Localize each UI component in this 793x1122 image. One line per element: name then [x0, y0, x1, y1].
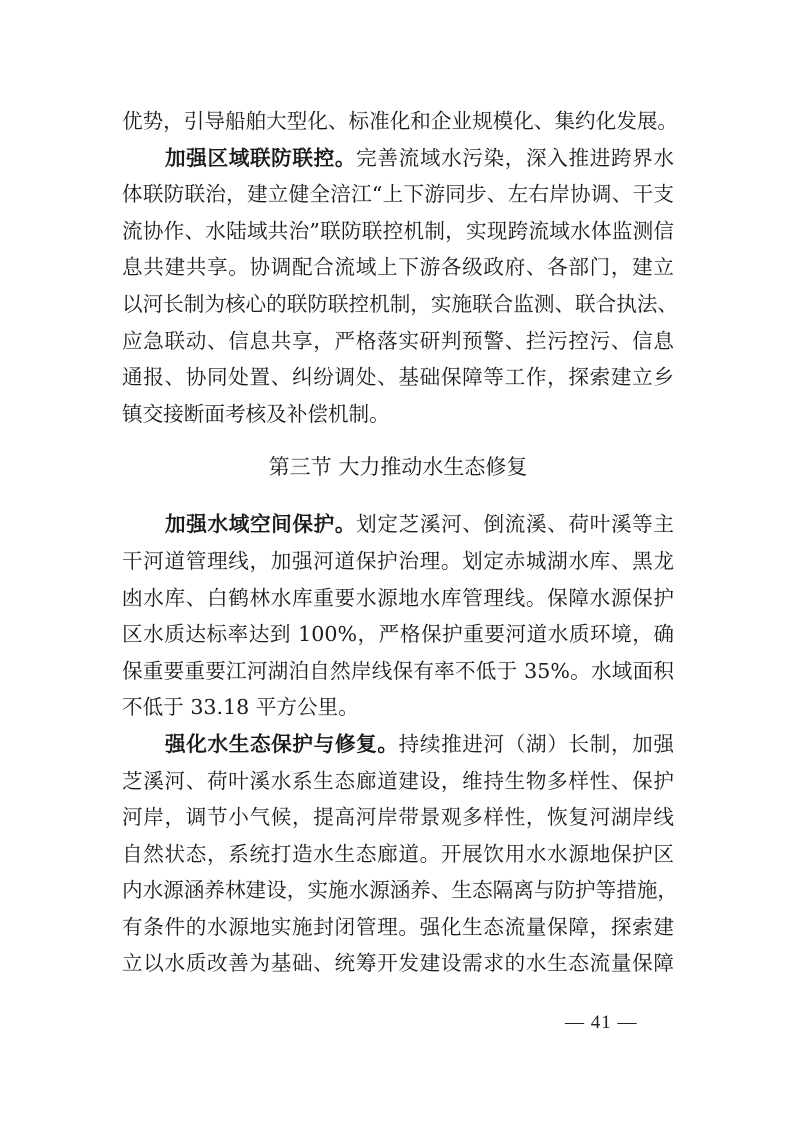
paragraph-lead-title: 加强区域联防联控。 [165, 146, 356, 170]
text-line: 芝溪河、荷叶溪水系生态廊道建设，维持生物多样性、保护 [122, 763, 674, 800]
text-line: 通报、协同处置、纠纷调处、基础保障等工作，探索建立乡 [122, 359, 674, 396]
text-span: 持续推进河（湖）长制，加强 [399, 732, 674, 756]
text-line: 以河长制为核心的联防联控机制，实施联合监测、联合执法、 [122, 286, 674, 323]
text-line: 应急联动、信息共享，严格落实研判预警、拦污控污、信息 [122, 323, 674, 360]
document-page: 优势，引导船舶大型化、标准化和企业规模化、集约化发展。 加强区域联防联控。完善流… [122, 103, 674, 982]
text-line: 体联防联治，建立健全涪江“上下游同步、左右岸协调、干支 [122, 176, 674, 213]
text-line: 自然状态，系统打造水生态廊道。开展饮用水水源地保护区 [122, 836, 674, 873]
text-line: 镇交接断面考核及补偿机制。 [122, 396, 674, 433]
text-line: 强化水生态保护与修复。持续推进河（湖）长制，加强 [122, 726, 674, 763]
paragraph-ecology-restoration: 强化水生态保护与修复。持续推进河（湖）长制，加强 芝溪河、荷叶溪水系生态廊道建设… [122, 726, 674, 982]
text-line: 不低于 33.18 平方公里。 [122, 689, 674, 726]
paragraph-water-space-protection: 加强水域空间保护。划定芝溪河、倒流溪、荷叶溪等主 干河道管理线，加强河道保护治理… [122, 506, 674, 726]
paragraph-lead-title: 强化水生态保护与修复。 [165, 732, 399, 756]
text-line: 有条件的水源地实施封闭管理。强化生态流量保障，探索建 [122, 909, 674, 946]
text-line: 加强区域联防联控。完善流域水污染，深入推进跨界水 [122, 140, 674, 177]
text-line: 干河道管理线，加强河道保护治理。划定赤城湖水库、黑龙 [122, 543, 674, 580]
text-line: 河岸，调节小气候，提高河岸带景观多样性，恢复河湖岸线 [122, 799, 674, 836]
text-line: 流协作、水陆域共治”联防联控机制，实现跨流域水体监测信 [122, 213, 674, 250]
text-line: 息共建共享。协调配合流域上下游各级政府、各部门，建立 [122, 249, 674, 286]
text-span: 划定芝溪河、倒流溪、荷叶溪等主 [356, 512, 674, 536]
text-line: 保重要重要江河湖泊自然岸线保有率不低于 35%。水域面积 [122, 653, 674, 690]
text-line: 立以水质改善为基础、统筹开发建设需求的水生态流量保障 [122, 945, 674, 982]
text-line: 优势，引导船舶大型化、标准化和企业规模化、集约化发展。 [122, 103, 674, 140]
text-line: 加强水域空间保护。划定芝溪河、倒流溪、荷叶溪等主 [122, 506, 674, 543]
section-heading: 第三节 大力推动水生态修复 [122, 432, 674, 506]
page-number: — 41 — [565, 1012, 638, 1034]
text-line: 内水源涵养林建设，实施水源涵养、生态隔离与防护等措施， [122, 872, 674, 909]
paragraph-regional-joint-control: 加强区域联防联控。完善流域水污染，深入推进跨界水 体联防联治，建立健全涪江“上下… [122, 140, 674, 433]
text-line: 凼水库、白鹤林水库重要水源地水库管理线。保障水源保护 [122, 580, 674, 617]
paragraph-lead-title: 加强水域空间保护。 [165, 512, 356, 536]
text-span: 完善流域水污染，深入推进跨界水 [356, 146, 674, 170]
paragraph-continuation: 优势，引导船舶大型化、标准化和企业规模化、集约化发展。 [122, 103, 674, 140]
text-line: 区水质达标率达到 100%，严格保护重要河道水质环境，确 [122, 616, 674, 653]
